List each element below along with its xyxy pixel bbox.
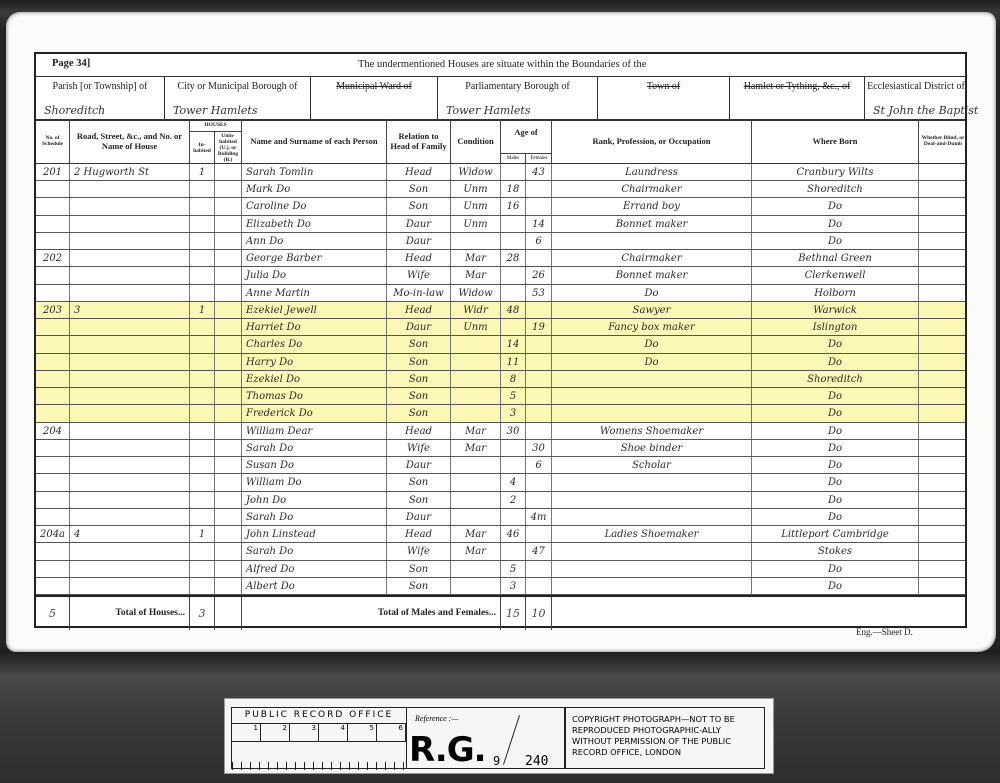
cell-uninh xyxy=(215,198,242,214)
col-name: Name and Surname of each Person xyxy=(242,119,387,163)
cell-blind xyxy=(919,319,967,335)
cell-uninh xyxy=(215,492,242,508)
cell-road: 4 xyxy=(70,526,190,542)
table-row: Anne MartinMo-in-lawWidow53DoHolborn xyxy=(36,285,965,302)
public-record-office-label: PUBLIC RECORD OFFICE 1 2 3 4 5 6 Referen… xyxy=(224,698,774,774)
cell-uninh xyxy=(215,543,242,559)
cell-male: 48 xyxy=(501,302,526,318)
cell-blind xyxy=(919,543,967,559)
cell-uninh xyxy=(215,371,242,387)
reference-piece: 240 xyxy=(525,754,548,769)
cell-blind xyxy=(919,250,967,266)
cell-name: Ezekiel Do xyxy=(242,371,387,387)
cell-blind xyxy=(919,561,967,577)
cell-relation: Daur xyxy=(387,216,451,232)
cell-born: Do xyxy=(752,578,919,594)
cell-road xyxy=(70,285,190,301)
cell-born: Do xyxy=(752,561,919,577)
cell-female xyxy=(526,526,552,542)
cell-condition: Unm xyxy=(451,319,501,335)
cell-condition: Unm xyxy=(451,198,501,214)
cell-female xyxy=(526,492,552,508)
sheet-header: Page 34] The undermentioned Houses are s… xyxy=(36,54,965,77)
cell-uninh xyxy=(215,250,242,266)
cell-relation: Son xyxy=(387,336,451,352)
cell-uninh xyxy=(215,423,242,439)
cell-female: 53 xyxy=(526,285,552,301)
cell-blind xyxy=(919,302,967,318)
cell-born: Shoreditch xyxy=(752,181,919,197)
cell-condition: Widr xyxy=(451,302,501,318)
cell-occupation: Bonnet maker xyxy=(552,216,752,232)
cell-schedule xyxy=(36,405,70,421)
cell-inh xyxy=(190,371,215,387)
table-row: Sarah DoWifeMar47Stokes xyxy=(36,543,965,560)
col-blind: Whether Blind, or Deaf-and-Dumb xyxy=(919,119,967,163)
table-row: Julia DoWifeMar26Bonnet makerClerkenwell xyxy=(36,267,965,284)
cell-relation: Wife xyxy=(387,440,451,456)
office-name: PUBLIC RECORD OFFICE xyxy=(232,708,406,724)
cell-born: Warwick xyxy=(752,302,919,318)
cell-born: Do xyxy=(752,216,919,232)
cell-condition: Mar xyxy=(451,423,501,439)
cell-male xyxy=(501,440,526,456)
cell-schedule xyxy=(36,319,70,335)
cell-blind xyxy=(919,336,967,352)
cell-road xyxy=(70,371,190,387)
table-row: Susan DoDaur6ScholarDo xyxy=(36,457,965,474)
cell-inh: 1 xyxy=(190,302,215,318)
cell-inh xyxy=(190,388,215,404)
cell-female: 19 xyxy=(526,319,552,335)
table-row: John DoSon2Do xyxy=(36,492,965,509)
cell-condition: Unm xyxy=(451,216,501,232)
cell-condition xyxy=(451,561,501,577)
cell-relation: Son xyxy=(387,198,451,214)
cell-occupation xyxy=(552,543,752,559)
cell-schedule xyxy=(36,474,70,490)
cell-relation: Son xyxy=(387,371,451,387)
cell-occupation xyxy=(552,371,752,387)
cell-inh xyxy=(190,285,215,301)
cell-female xyxy=(526,474,552,490)
cell-name: Alfred Do xyxy=(242,561,387,577)
cell-relation: Head xyxy=(387,423,451,439)
cell-road xyxy=(70,181,190,197)
cell-road: 2 Hugworth St xyxy=(70,164,190,180)
cell-condition xyxy=(451,457,501,473)
cell-female: 30 xyxy=(526,440,552,456)
cell-relation: Daur xyxy=(387,233,451,249)
reference-box: Reference :— R.G. 9 240 xyxy=(407,707,565,769)
page-number: Page 34] xyxy=(52,58,90,69)
cell-condition: Mar xyxy=(451,526,501,542)
cell-schedule: 204 xyxy=(36,423,70,439)
cell-female xyxy=(526,354,552,370)
cell-male xyxy=(501,509,526,525)
cell-relation: Mo-in-law xyxy=(387,285,451,301)
cell-male xyxy=(501,319,526,335)
cell-uninh xyxy=(215,181,242,197)
cell-uninh xyxy=(215,302,242,318)
cell-name: Julia Do xyxy=(242,267,387,283)
cell-schedule xyxy=(36,216,70,232)
cell-uninh xyxy=(215,457,242,473)
cell-inh xyxy=(190,509,215,525)
cell-name: John Linstead xyxy=(242,526,387,542)
cell-name: Albert Do xyxy=(242,578,387,594)
cell-male xyxy=(501,233,526,249)
cell-born: Do xyxy=(752,492,919,508)
cell-name: Ezekiel Jewell xyxy=(242,302,387,318)
cell-blind xyxy=(919,457,967,473)
cell-male: 46 xyxy=(501,526,526,542)
cell-condition xyxy=(451,388,501,404)
cell-road xyxy=(70,233,190,249)
cell-uninh xyxy=(215,388,242,404)
cell-blind xyxy=(919,285,967,301)
cell-schedule xyxy=(36,578,70,594)
cell-road xyxy=(70,198,190,214)
total-persons-label: Total of Males and Females... xyxy=(242,597,501,630)
cell-inh xyxy=(190,354,215,370)
cell-occupation: Sawyer xyxy=(552,302,752,318)
cell-female xyxy=(526,302,552,318)
cell-schedule xyxy=(36,492,70,508)
total-females: 10 xyxy=(526,597,552,630)
cell-born: Cranbury Wilts xyxy=(752,164,919,180)
cell-born: Do xyxy=(752,440,919,456)
cell-female: 43 xyxy=(526,164,552,180)
cell-schedule xyxy=(36,198,70,214)
col-where-born: Where Born xyxy=(752,119,919,163)
cell-condition xyxy=(451,233,501,249)
cell-male: 14 xyxy=(501,336,526,352)
cell-male xyxy=(501,457,526,473)
cell-inh xyxy=(190,492,215,508)
table-row: 202George BarberHeadMar28ChairmakerBethn… xyxy=(36,250,965,267)
cell-relation: Son xyxy=(387,181,451,197)
cell-schedule xyxy=(36,267,70,283)
cell-occupation: Bonnet maker xyxy=(552,267,752,283)
cell-relation: Daur xyxy=(387,319,451,335)
header-title: The undermentioned Houses are situate wi… xyxy=(358,59,646,70)
cell-born: Bethnal Green xyxy=(752,250,919,266)
cell-occupation xyxy=(552,233,752,249)
table-row: 20331Ezekiel JewellHeadWidr48SawyerWarwi… xyxy=(36,302,965,319)
cell-condition: Widow xyxy=(451,164,501,180)
copyright-notice: COPYRIGHT PHOTOGRAPH—NOT TO BE REPRODUCE… xyxy=(565,707,765,769)
cell-blind xyxy=(919,492,967,508)
total-blank xyxy=(552,597,967,630)
cell-name: John Do xyxy=(242,492,387,508)
cell-condition xyxy=(451,354,501,370)
boundary-value: Tower Hamlets xyxy=(446,104,530,117)
cell-blind xyxy=(919,440,967,456)
cell-male xyxy=(501,285,526,301)
cell-name: Thomas Do xyxy=(242,388,387,404)
total-houses-label: Total of Houses... xyxy=(70,597,190,630)
cell-schedule xyxy=(36,181,70,197)
table-row: Harry DoSon11DoDo xyxy=(36,354,965,371)
boundary-parliamentary: Parliamentary Borough of Tower Hamlets xyxy=(438,76,598,119)
cell-born: Do xyxy=(752,233,919,249)
cell-name: Harriet Do xyxy=(242,319,387,335)
boundary-ward: Municipal Ward of xyxy=(311,76,438,119)
cell-inh xyxy=(190,561,215,577)
cell-name: Anne Martin xyxy=(242,285,387,301)
cell-name: William Dear xyxy=(242,423,387,439)
cell-born: Do xyxy=(752,509,919,525)
total-males: 15 xyxy=(501,597,526,630)
cell-blind xyxy=(919,354,967,370)
cell-relation: Son xyxy=(387,492,451,508)
ruler-scale: PUBLIC RECORD OFFICE 1 2 3 4 5 6 xyxy=(231,707,407,769)
cell-born: Do xyxy=(752,336,919,352)
cell-relation: Son xyxy=(387,405,451,421)
cell-relation: Son xyxy=(387,354,451,370)
cell-occupation: Womens Shoemaker xyxy=(552,423,752,439)
cell-condition xyxy=(451,509,501,525)
cell-schedule: 204a xyxy=(36,526,70,542)
census-page: Page 34] The undermentioned Houses are s… xyxy=(6,12,996,652)
cell-born: Littleport Cambridge xyxy=(752,526,919,542)
cell-road xyxy=(70,543,190,559)
cell-name: Ann Do xyxy=(242,233,387,249)
column-headers: No. of Schedule Road, Street, &c., and N… xyxy=(36,119,965,164)
cell-name: Charles Do xyxy=(242,336,387,352)
cell-born: Islington xyxy=(752,319,919,335)
census-sheet: Page 34] The undermentioned Houses are s… xyxy=(34,52,967,628)
cell-blind xyxy=(919,578,967,594)
boundary-parish: Parish [or Township] of Shoreditch xyxy=(36,76,165,119)
cell-inh xyxy=(190,233,215,249)
cell-blind xyxy=(919,216,967,232)
cell-female: 6 xyxy=(526,457,552,473)
table-row: Alfred DoSon5Do xyxy=(36,561,965,578)
total-houses-uninhabited xyxy=(215,597,242,630)
cell-road xyxy=(70,319,190,335)
cell-male: 4 xyxy=(501,474,526,490)
cell-born: Do xyxy=(752,388,919,404)
cell-relation: Head xyxy=(387,526,451,542)
boundary-town: Town of xyxy=(598,76,730,119)
col-females: Females xyxy=(526,153,552,163)
cell-relation: Daur xyxy=(387,457,451,473)
cell-occupation xyxy=(552,388,752,404)
cell-blind xyxy=(919,423,967,439)
cell-female xyxy=(526,371,552,387)
cell-male: 5 xyxy=(501,561,526,577)
cell-schedule xyxy=(36,336,70,352)
cell-female: 6 xyxy=(526,233,552,249)
cell-schedule xyxy=(36,285,70,301)
cell-blind xyxy=(919,474,967,490)
cell-road xyxy=(70,440,190,456)
total-houses-inhabited: 3 xyxy=(190,597,215,630)
cell-road xyxy=(70,216,190,232)
cell-blind xyxy=(919,233,967,249)
cell-road xyxy=(70,405,190,421)
cell-inh xyxy=(190,216,215,232)
table-row: 204a41John LinsteadHeadMar46Ladies Shoem… xyxy=(36,526,965,543)
cell-female: 26 xyxy=(526,267,552,283)
table-row: Albert DoSon3Do xyxy=(36,578,965,595)
cell-male xyxy=(501,543,526,559)
cell-schedule xyxy=(36,388,70,404)
cell-inh xyxy=(190,250,215,266)
cell-male: 5 xyxy=(501,388,526,404)
table-row: Elizabeth DoDaurUnm14Bonnet makerDo xyxy=(36,216,965,233)
cell-road xyxy=(70,250,190,266)
cell-female xyxy=(526,181,552,197)
cell-occupation xyxy=(552,492,752,508)
cell-born: Do xyxy=(752,198,919,214)
totals-row: 5 Total of Houses... 3 Total of Males an… xyxy=(36,595,965,630)
cell-schedule xyxy=(36,354,70,370)
cell-blind xyxy=(919,181,967,197)
cell-female xyxy=(526,388,552,404)
table-row: Harriet DoDaurUnm19Fancy box makerIsling… xyxy=(36,319,965,336)
cell-condition: Widow xyxy=(451,285,501,301)
cell-born: Do xyxy=(752,354,919,370)
cell-inh: 1 xyxy=(190,526,215,542)
cell-occupation xyxy=(552,561,752,577)
cell-relation: Son xyxy=(387,388,451,404)
cell-female: 14 xyxy=(526,216,552,232)
cell-uninh xyxy=(215,405,242,421)
cell-blind xyxy=(919,198,967,214)
cell-blind xyxy=(919,388,967,404)
boundary-value: Tower Hamlets xyxy=(173,104,257,117)
cell-occupation: Ladies Shoemaker xyxy=(552,526,752,542)
cell-male xyxy=(501,267,526,283)
cell-uninh xyxy=(215,233,242,249)
cell-female: 47 xyxy=(526,543,552,559)
cell-road xyxy=(70,354,190,370)
cell-inh xyxy=(190,198,215,214)
table-row: Sarah DoDaur4mDo xyxy=(36,509,965,526)
cell-occupation: Scholar xyxy=(552,457,752,473)
cell-schedule xyxy=(36,509,70,525)
cell-born: Holborn xyxy=(752,285,919,301)
cell-occupation: Do xyxy=(552,285,752,301)
cell-uninh xyxy=(215,474,242,490)
cell-born: Clerkenwell xyxy=(752,267,919,283)
cell-uninh xyxy=(215,578,242,594)
cell-uninh xyxy=(215,561,242,577)
cell-male: 30 xyxy=(501,423,526,439)
cell-inh xyxy=(190,181,215,197)
cell-occupation: Laundress xyxy=(552,164,752,180)
cell-occupation xyxy=(552,405,752,421)
cell-name: Harry Do xyxy=(242,354,387,370)
ruler-numbers: 1 2 3 4 5 6 xyxy=(232,724,406,742)
cell-condition: Mar xyxy=(451,440,501,456)
cell-condition: Mar xyxy=(451,267,501,283)
cell-schedule: 201 xyxy=(36,164,70,180)
cell-female xyxy=(526,405,552,421)
cell-male: 3 xyxy=(501,578,526,594)
cell-inh xyxy=(190,457,215,473)
cell-male xyxy=(501,216,526,232)
cell-inh xyxy=(190,543,215,559)
cell-relation: Head xyxy=(387,250,451,266)
cell-name: Sarah Do xyxy=(242,543,387,559)
cell-born: Shoreditch xyxy=(752,371,919,387)
cell-road xyxy=(70,492,190,508)
cell-road xyxy=(70,267,190,283)
table-row: Ezekiel DoSon8Shoreditch xyxy=(36,371,965,388)
table-row: William DoSon4Do xyxy=(36,474,965,491)
cell-female xyxy=(526,250,552,266)
cell-female xyxy=(526,578,552,594)
cell-occupation: Errand boy xyxy=(552,198,752,214)
cell-condition xyxy=(451,405,501,421)
cell-relation: Wife xyxy=(387,267,451,283)
cell-name: George Barber xyxy=(242,250,387,266)
sheet-reference: Eng.—Sheet D. xyxy=(856,627,913,637)
col-condition: Condition xyxy=(451,119,501,163)
cell-occupation: Fancy box maker xyxy=(552,319,752,335)
cell-born: Stokes xyxy=(752,543,919,559)
cell-relation: Son xyxy=(387,578,451,594)
cell-inh xyxy=(190,440,215,456)
cell-uninh xyxy=(215,319,242,335)
cell-female xyxy=(526,561,552,577)
cell-name: Caroline Do xyxy=(242,198,387,214)
reference-slash xyxy=(503,715,520,765)
cell-blind xyxy=(919,509,967,525)
cell-uninh xyxy=(215,164,242,180)
cell-condition xyxy=(451,578,501,594)
cell-condition xyxy=(451,492,501,508)
cell-blind xyxy=(919,164,967,180)
reference-class: 9 xyxy=(493,754,500,768)
cell-relation: Son xyxy=(387,474,451,490)
cell-inh xyxy=(190,319,215,335)
cell-schedule xyxy=(36,543,70,559)
boundaries-row: Parish [or Township] of Shoreditch City … xyxy=(36,76,965,121)
cell-female: 4m xyxy=(526,509,552,525)
cell-name: Sarah Do xyxy=(242,509,387,525)
cell-schedule: 202 xyxy=(36,250,70,266)
cell-road xyxy=(70,423,190,439)
table-row: Mark DoSonUnm18ChairmakerShoreditch xyxy=(36,181,965,198)
cell-male: 28 xyxy=(501,250,526,266)
cell-uninh xyxy=(215,267,242,283)
cell-blind xyxy=(919,405,967,421)
cell-uninh xyxy=(215,354,242,370)
table-row: Frederick DoSon3Do xyxy=(36,405,965,422)
total-schedules: 5 xyxy=(36,597,70,630)
cell-road xyxy=(70,457,190,473)
boundary-value: St John the Baptist xyxy=(873,104,978,117)
cell-name: Frederick Do xyxy=(242,405,387,421)
cell-name: William Do xyxy=(242,474,387,490)
cell-inh xyxy=(190,267,215,283)
cell-born: Do xyxy=(752,423,919,439)
cell-uninh xyxy=(215,216,242,232)
cell-condition xyxy=(451,371,501,387)
ruler-ticks xyxy=(232,742,406,770)
col-males: Males xyxy=(501,153,526,163)
cell-occupation: Do xyxy=(552,354,752,370)
cell-schedule xyxy=(36,561,70,577)
cell-female xyxy=(526,198,552,214)
cell-condition: Mar xyxy=(451,543,501,559)
cell-road xyxy=(70,561,190,577)
